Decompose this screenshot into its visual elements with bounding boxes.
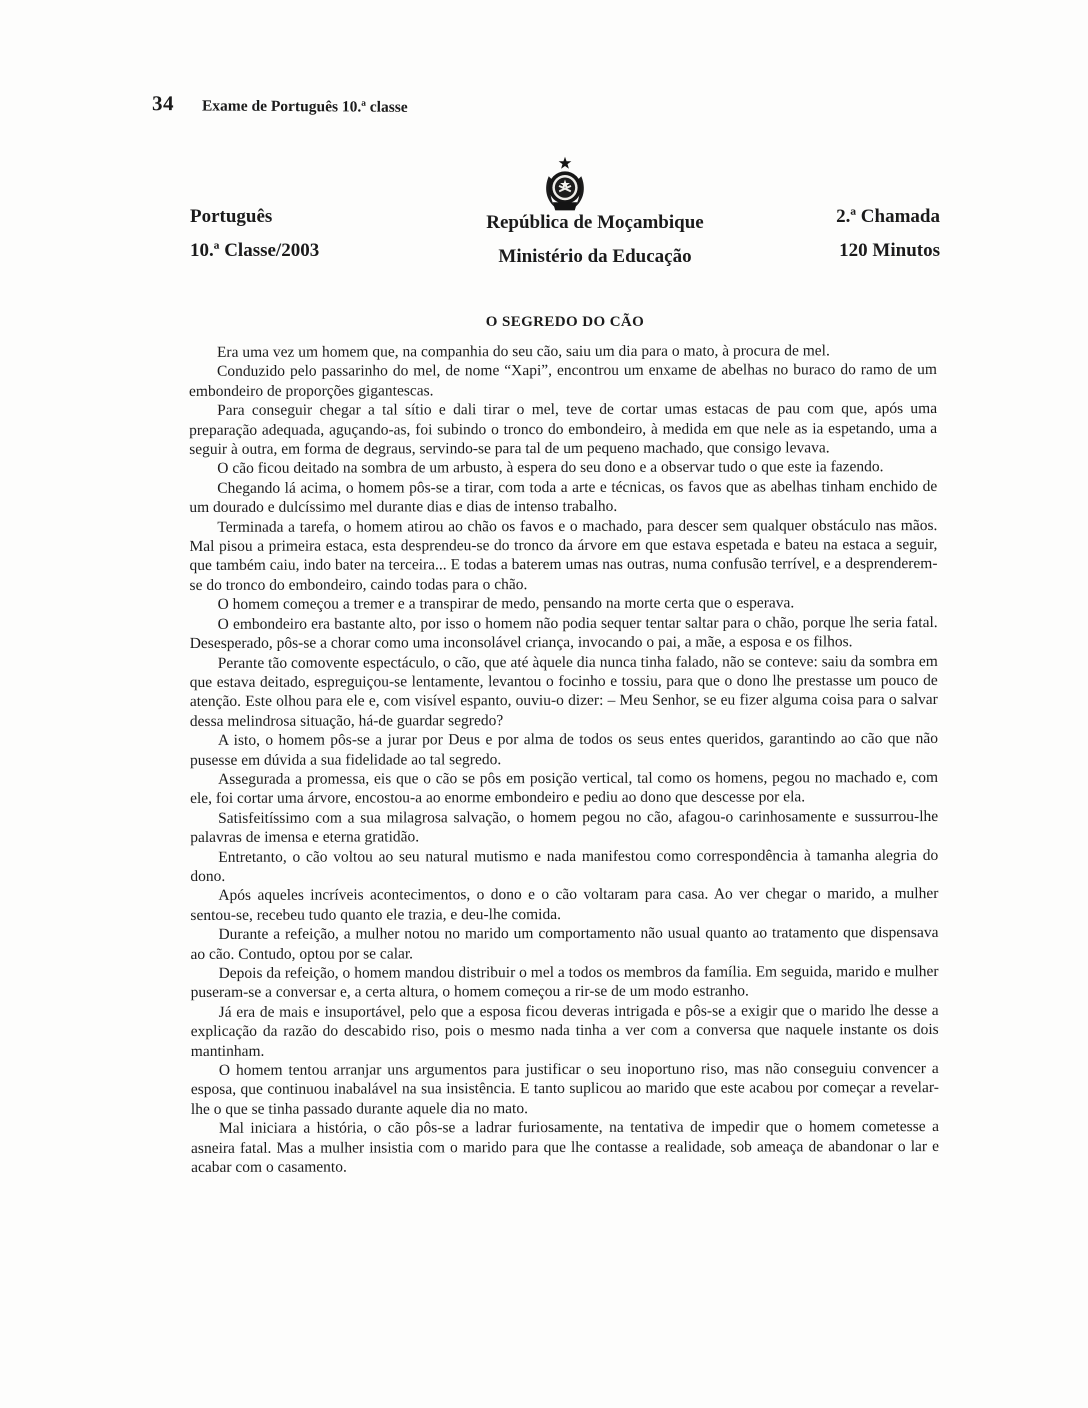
exam-page: 34 Exame de Português 10.ª classe Portug… xyxy=(0,0,1088,1408)
story-paragraph: A isto, o homem pôs-se a jurar por Deus … xyxy=(190,729,938,770)
story-paragraph: Satisfeitíssimo com a sua milagrosa salv… xyxy=(190,807,938,848)
exam-call: 2.ª Chamada xyxy=(760,200,940,234)
institution-block: República de Moçambique Ministério da Ed… xyxy=(460,206,730,274)
story-paragraph: O cão ficou deitado na sombra de um arbu… xyxy=(189,457,937,478)
story-paragraph: O homem começou a tremer e a transpirar … xyxy=(190,593,938,614)
story-paragraph: O homem tentou arranjar uns argumentos p… xyxy=(191,1059,939,1119)
running-head: 34 Exame de Português 10.ª classe xyxy=(152,91,408,118)
story-paragraph: Mal iniciara a história, o cão pôs-se a … xyxy=(191,1117,939,1177)
page-number: 34 xyxy=(152,91,174,116)
story-paragraph: Perante tão comovente espectáculo, o cão… xyxy=(190,652,938,732)
subject-name: Português xyxy=(190,200,430,234)
session-block: 2.ª Chamada 120 Minutos xyxy=(760,200,940,268)
running-title: Exame de Português 10.ª classe xyxy=(202,97,408,116)
story-paragraph: Chegando lá acima, o homem pôs-se a tira… xyxy=(189,477,937,518)
story-paragraph: Terminada a tarefa, o homem atirou ao ch… xyxy=(189,516,937,596)
subject-block: Português 10.ª Classe/2003 xyxy=(190,200,430,268)
class-year: 10.ª Classe/2003 xyxy=(190,234,430,268)
story-paragraph: Assegurada a promessa, eis que o cão se … xyxy=(190,768,938,809)
story-paragraph: Era uma vez um homem que, na companhia d… xyxy=(189,341,937,362)
story-paragraph: O embondeiro era bastante alto, por isso… xyxy=(190,613,938,654)
story-paragraph: Durante a refeição, a mulher notou no ma… xyxy=(190,923,938,964)
exam-header: Português 10.ª Classe/2003 República de … xyxy=(190,200,940,268)
story-paragraph: Após aqueles incríveis acontecimentos, o… xyxy=(190,884,938,925)
story-title: O SEGREDO DO CÃO xyxy=(190,314,940,331)
story-paragraph: Entretanto, o cão voltou ao seu natural … xyxy=(190,846,938,887)
story-body: Era uma vez um homem que, na companhia d… xyxy=(189,341,939,1177)
story-paragraph: Para conseguir chegar a tal sítio e dali… xyxy=(189,399,937,459)
story-paragraph: Já era de mais e insuportável, pelo que … xyxy=(191,1001,939,1061)
story-paragraph: Conduzido pelo passarinho do mel, de nom… xyxy=(189,360,937,401)
story-paragraph: Depois da refeição, o homem mandou distr… xyxy=(191,962,939,1003)
ministry-name: Ministério da Educação xyxy=(460,240,730,274)
exam-duration: 120 Minutos xyxy=(760,234,940,268)
country-name: República de Moçambique xyxy=(460,206,730,240)
